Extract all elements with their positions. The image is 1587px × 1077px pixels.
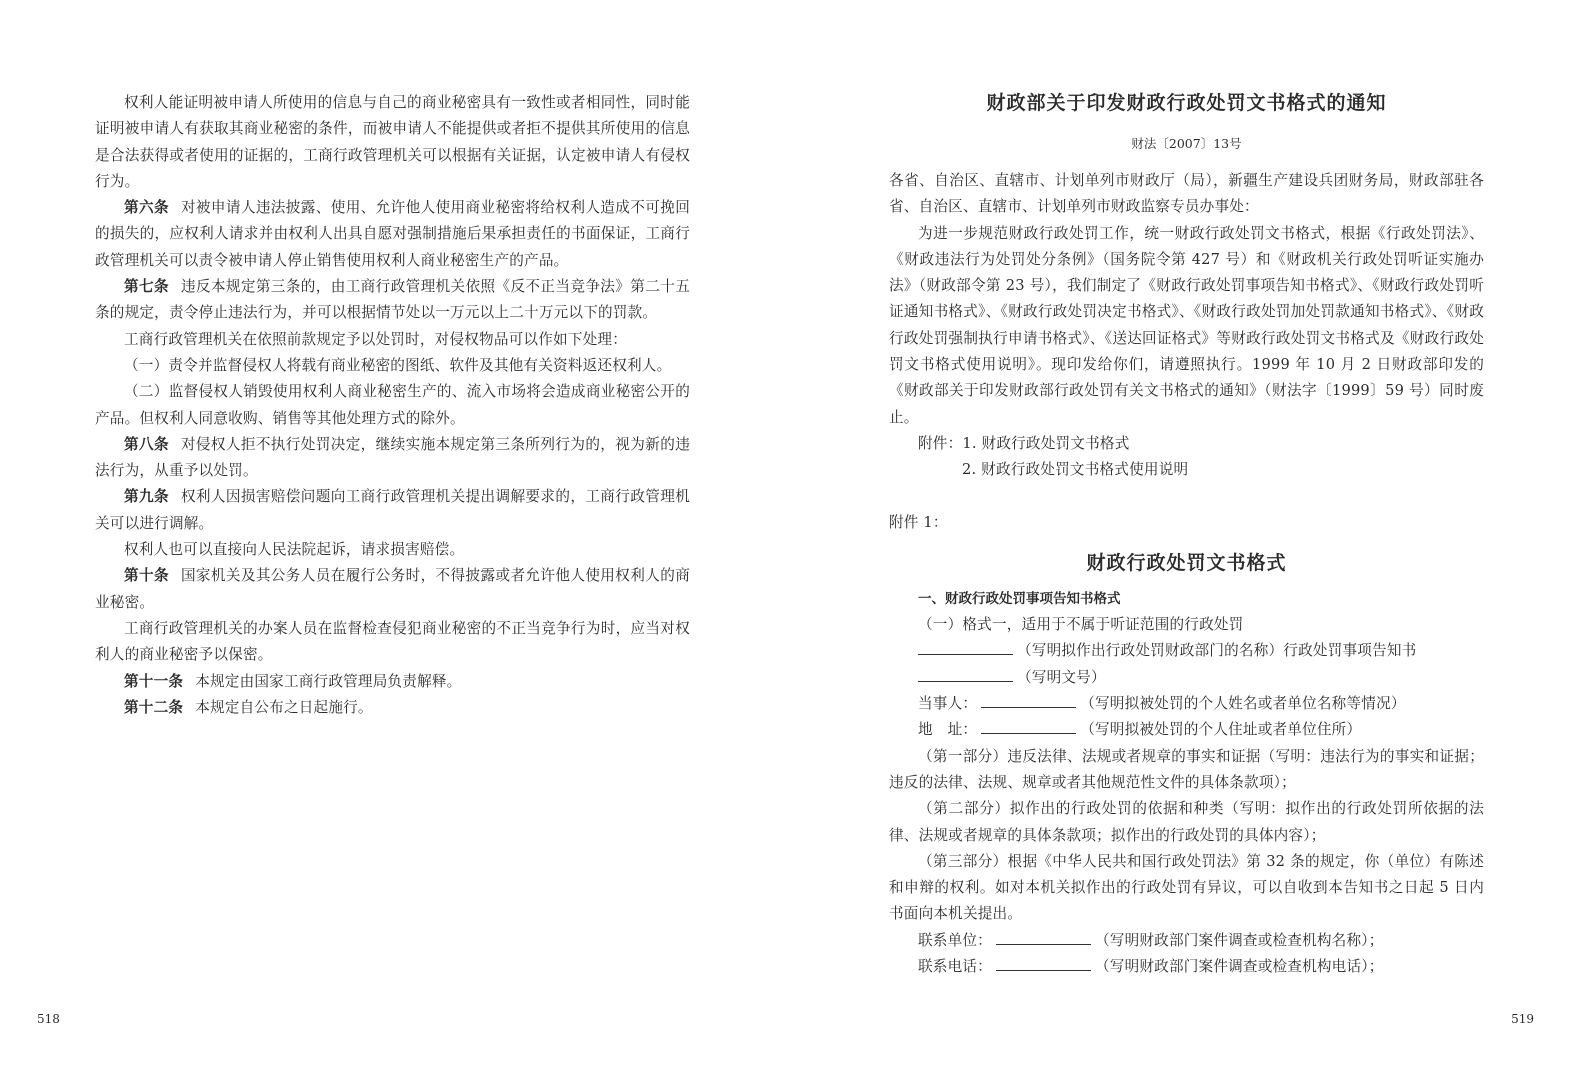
blank-line	[981, 691, 1076, 708]
document-number: 财法〔2007〕13号	[889, 134, 1484, 154]
part-2: （第二部分）拟作出的行政处罚的依据和种类（写明：拟作出的行政处罚所依据的法律、法…	[889, 796, 1484, 849]
right-page: 财政部关于印发财政行政处罚文书格式的通知 财法〔2007〕13号 各省、自治区、…	[794, 0, 1587, 1077]
paragraph: （二）监督侵权人销毁使用权利人商业秘密生产的、流入市场将会造成商业秘密公开的产品…	[95, 379, 690, 432]
article-12: 第十二条本规定自公布之日起施行。	[95, 695, 690, 721]
blank-line	[918, 665, 1013, 682]
paragraph: 工商行政管理机关的办案人员在监督检查侵犯商业秘密的不正当竞争行为时，应当对权利人…	[95, 616, 690, 669]
attachment-2: 2. 财政行政处罚文书格式使用说明	[889, 457, 1484, 483]
article-10: 第十条国家机关及其公务人员在履行公务时，不得披露或者允许他人使用权利人的商业秘密…	[95, 563, 690, 616]
article-11: 第十一条本规定由国家工商行政管理局负责解释。	[95, 669, 690, 695]
section-heading: 一、财政行政处罚事项告知书格式	[889, 586, 1484, 612]
left-page-body: 权利人能证明被申请人所使用的信息与自己的商业秘密具有一致性或者相同性，同时能证明…	[95, 90, 690, 721]
paragraph: 权利人也可以直接向人民法院起诉，请求损害赔偿。	[95, 537, 690, 563]
form-line-address: 地 址：（写明拟被处罚的个人住址或者单位住所）	[889, 717, 1484, 743]
right-page-body: 财政部关于印发财政行政处罚文书格式的通知 财法〔2007〕13号 各省、自治区、…	[889, 90, 1484, 980]
article-8: 第八条对侵权人拒不执行处罚决定，继续实施本规定第三条所列行为的，视为新的违法行为…	[95, 432, 690, 485]
blank-line	[981, 717, 1076, 734]
contact-unit: 联系单位：（写明财政部门案件调查或检查机构名称）；	[889, 928, 1484, 954]
notice-body: 为进一步规范财政行政处罚工作，统一财政行政处罚文书格式，根据《行政处罚法》、《财…	[889, 221, 1484, 431]
annex-label: 附件 1：	[889, 510, 1484, 536]
page-number: 518	[37, 1012, 60, 1026]
attachments-line: 附件：1. 财政行政处罚文书格式	[889, 431, 1484, 457]
page-number: 519	[1511, 1012, 1534, 1026]
form-line-party: 当事人：（写明拟被处罚的个人姓名或者单位名称等情况）	[889, 691, 1484, 717]
article-9: 第九条权利人因损害赔偿问题向工商行政管理机关提出调解要求的，工商行政管理机关可以…	[95, 484, 690, 537]
paragraph: （一）责令并监督侵权人将载有商业秘密的图纸、软件及其他有关资料返还权利人。	[95, 353, 690, 379]
blank-line	[996, 928, 1091, 945]
article-6: 第六条对被申请人违法披露、使用、允许他人使用商业秘密将给权利人造成不可挽回的损失…	[95, 195, 690, 274]
paragraph: 工商行政管理机关在依照前款规定予以处罚时，对侵权物品可以作如下处理：	[95, 327, 690, 353]
contact-phone: 联系电话：（写明财政部门案件调查或检查机构电话）；	[889, 954, 1484, 980]
form-line-docno: （写明文号）	[889, 665, 1484, 691]
paragraph: 权利人能证明被申请人所使用的信息与自己的商业秘密具有一致性或者相同性，同时能证明…	[95, 90, 690, 195]
part-3: （第三部分）根据《中华人民共和国行政处罚法》第 32 条的规定，你（单位）有陈述…	[889, 849, 1484, 928]
part-1: （第一部分）违反法律、法规或者规章的事实和证据（写明：违法行为的事实和证据；违反…	[889, 744, 1484, 797]
spacer	[889, 484, 1484, 510]
notice-title: 财政部关于印发财政行政处罚文书格式的通知	[889, 90, 1484, 116]
addressee: 各省、自治区、直辖市、计划单列市财政厅（局），新疆生产建设兵团财务局，财政部驻各…	[889, 168, 1484, 221]
form-line-authority: （写明拟作出行政处罚财政部门的名称）行政处罚事项告知书	[889, 638, 1484, 664]
subsection: （一）格式一，适用于不属于听证范围的行政处罚	[889, 612, 1484, 638]
article-7: 第七条违反本规定第三条的，由工商行政管理机关依照《反不正当竞争法》第二十五条的规…	[95, 274, 690, 327]
blank-line	[918, 638, 1013, 655]
blank-line	[996, 954, 1091, 971]
annex-title: 财政行政处罚文书格式	[889, 546, 1484, 580]
left-page: 权利人能证明被申请人所使用的信息与自己的商业秘密具有一致性或者相同性，同时能证明…	[0, 0, 793, 1077]
